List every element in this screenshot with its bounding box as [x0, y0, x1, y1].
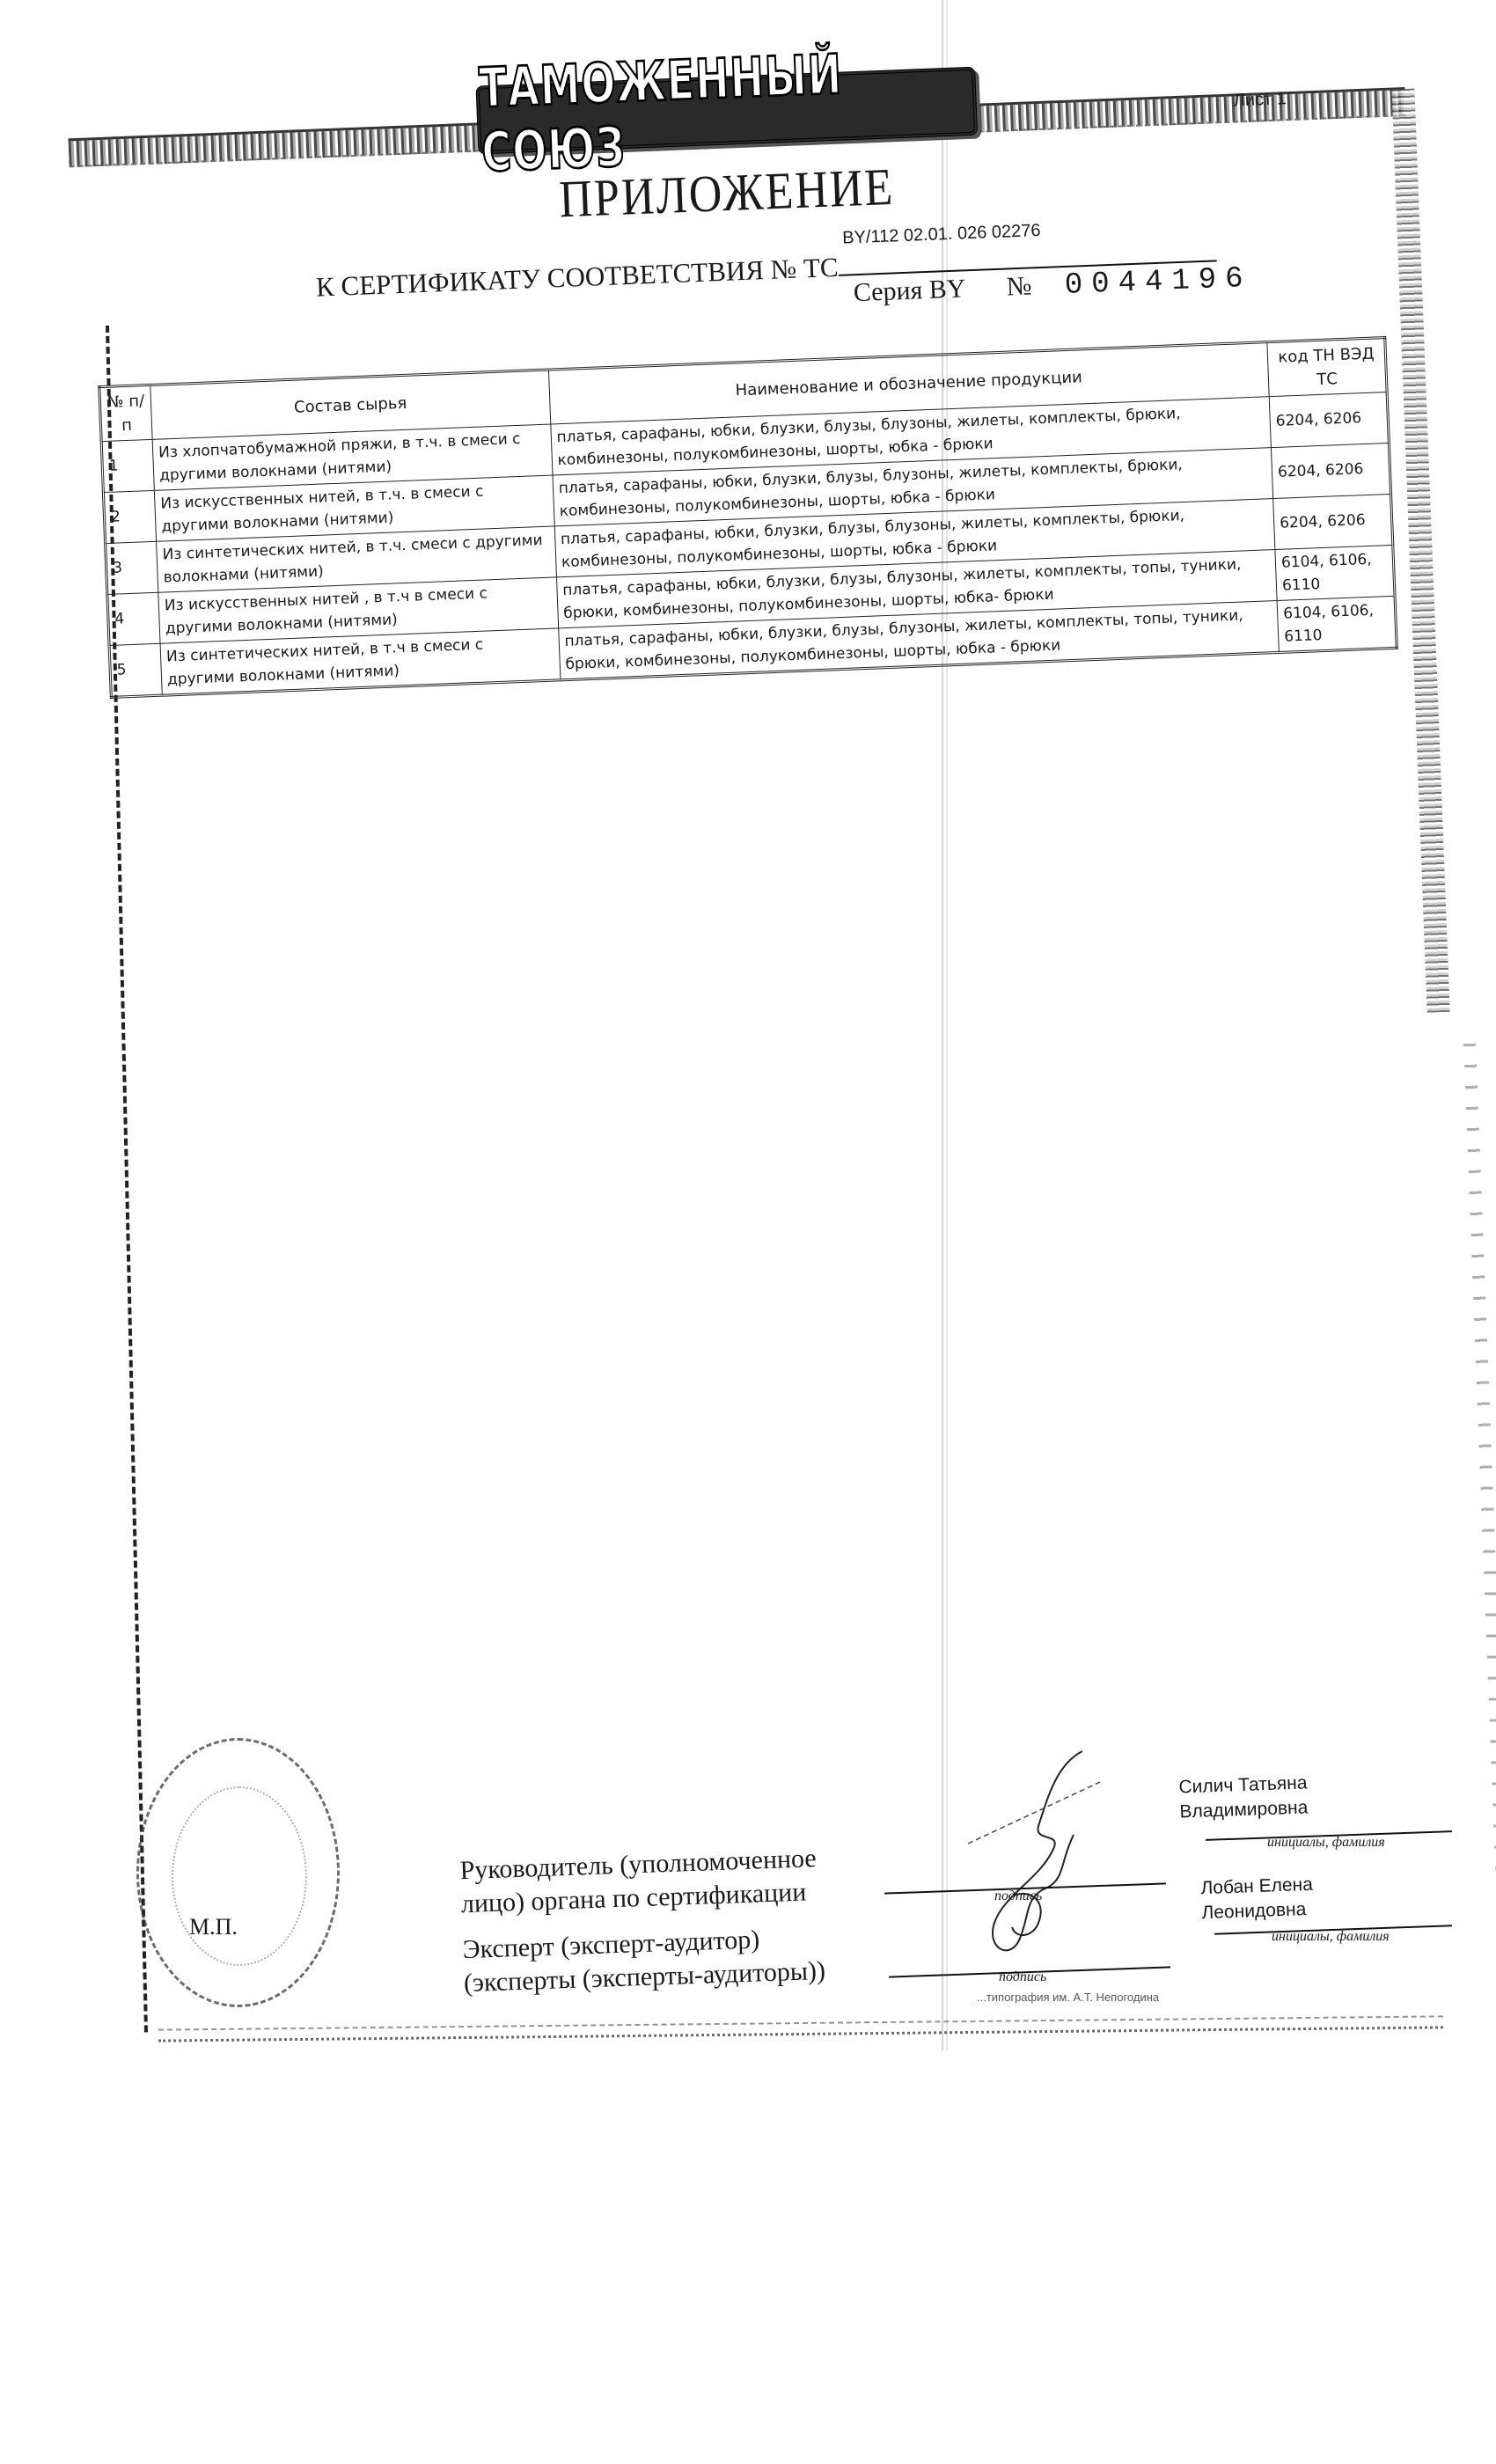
expert-name-line2: Леонидовна: [1201, 1899, 1307, 1923]
products-table: № п/п Состав сырья Наименование и обозна…: [98, 336, 1398, 699]
expert-name-line1: Лобан Елена: [1200, 1874, 1313, 1898]
series-value: BY: [928, 274, 965, 304]
certificate-appendix-page: ТАМОЖЕННЫЙ СОЮЗ Лист 1 ПРИЛОЖЕНИЕ К СЕРТ…: [0, 0, 1496, 2464]
expert-signature-caption: подпись: [999, 1969, 1046, 1985]
code-cell: 6104, 6106, 6110: [1275, 545, 1395, 600]
certificate-prefix: К СЕРТИФИКАТУ СООТВЕТСТВИЯ № ТС: [315, 252, 839, 303]
column-header-code: код ТН ВЭД ТС: [1267, 338, 1387, 397]
series-label: Серия: [853, 275, 923, 307]
signature-labels: Руководитель (уполномоченное лицо) орган…: [459, 1842, 826, 2013]
printer-imprint: ...типография им. А.Т. Непогодина: [977, 1991, 1159, 2004]
document-title: ПРИЛОЖЕНИЕ: [558, 158, 895, 230]
serial-number: 0044196: [1064, 262, 1252, 303]
head-name-caption: инициалы, фамилия: [1267, 1835, 1385, 1851]
head-label-line2: лицо) органа по сертификации: [460, 1878, 806, 1919]
stamp-place-label: М.П.: [189, 1914, 238, 1940]
code-cell: 6104, 6106, 6110: [1277, 596, 1397, 652]
certificate-number: BY/112 02.01. 026 02276: [842, 221, 1041, 249]
decorative-border-right: [1391, 89, 1449, 1013]
code-cell: 6204, 6206: [1273, 494, 1393, 549]
code-cell: 6204, 6206: [1269, 392, 1389, 448]
head-name: Силич Татьяна Владимировна: [1178, 1771, 1309, 1824]
code-cell: 6204, 6206: [1271, 443, 1390, 498]
banner-text: ТАМОЖЕННЫЙ СОЮЗ: [478, 37, 975, 184]
expert-name-caption: инициалы, фамилия: [1272, 1929, 1390, 1945]
customs-union-banner: ТАМОЖЕННЫЙ СОЮЗ: [475, 67, 978, 155]
expert-name: Лобан Елена Леонидовна: [1200, 1873, 1314, 1925]
decorative-border-right-lower: [1463, 1029, 1496, 1997]
expert-label-line1: Эксперт (эксперт-аудитор): [462, 1925, 759, 1964]
sheet-number: Лист 1: [1233, 89, 1287, 111]
handwritten-signature-icon: [950, 1747, 1109, 1967]
head-signature-caption: подпись: [994, 1888, 1042, 1904]
head-name-line1: Силич Татьяна: [1178, 1772, 1308, 1797]
number-label: №: [1006, 271, 1032, 301]
head-name-line2: Владимировна: [1179, 1797, 1309, 1822]
